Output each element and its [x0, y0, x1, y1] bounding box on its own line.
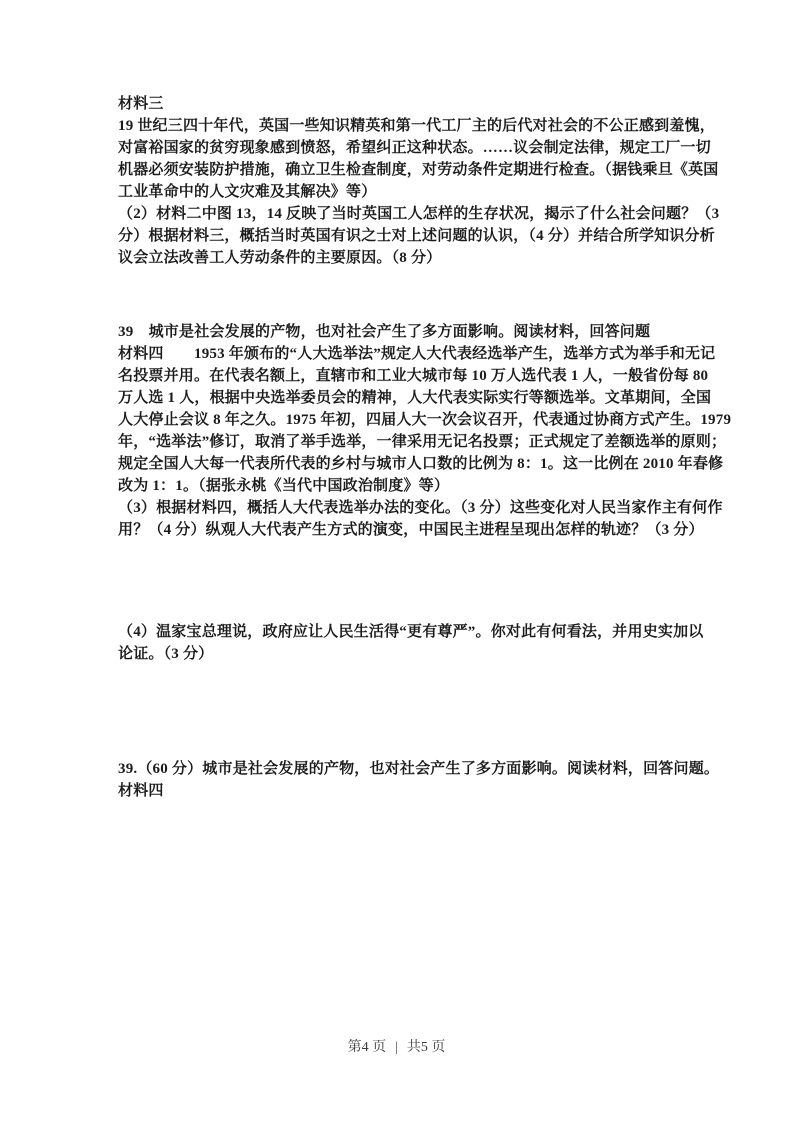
material4-line: 名投票并用。在代表名额上，直辖市和工业大城市每 10 万人选代表 1 人，一般省…: [118, 365, 678, 387]
question-2-line: 议会立法改善工人劳动条件的主要原因。（8 分）: [118, 247, 678, 269]
question-3-line: 用？（4 分）纵观人大代表产生方式的演变，中国民主进程呈现出怎样的轨迹？（3 分…: [118, 519, 678, 541]
question-2-line: 分）根据材料三，概括当时英国有识之士对上述问题的认识，（4 分）并结合所学知识分…: [118, 225, 678, 247]
material4b-heading: 材料四: [118, 780, 678, 802]
text-line: 机器必须安装防护措施，确立卫生检查制度，对劳动条件定期进行检查。（据钱乘旦《英国: [118, 159, 678, 181]
section-question4: （4）温家宝总理说，政府应让人民生活得“更有尊严”。你对此有何看法，并用史实加以…: [118, 621, 678, 665]
text-line: 对富裕国家的贫穷现象感到愤怒，希望纠正这种状态。……议会制定法律，规定工厂一切: [118, 137, 678, 159]
material4-line: 改为 1：1。（据张永桃《当代中国政治制度》等）: [118, 475, 678, 497]
question-3-line: （3）根据材料四，概括人大代表选举办法的变化。（3 分）这些变化对人民当家作主有…: [118, 497, 678, 519]
text-line: 19 世纪三四十年代，英国一些知识精英和第一代工厂主的后代对社会的不公正感到羞愧…: [118, 115, 678, 137]
question-4-line: 论证。（3 分）: [118, 643, 678, 665]
material4-line: 规定全国人大每一代表所代表的乡村与城市人口数的比例为 8：1。这一比例在 201…: [118, 453, 678, 475]
question-4-line: （4）温家宝总理说，政府应让人民生活得“更有尊严”。你对此有何看法，并用史实加以: [118, 621, 678, 643]
question-39b-intro: 39.（60 分）城市是社会发展的产物，也对社会产生了多方面影响。阅读材料，回答…: [118, 758, 678, 780]
question-39-intro: 39 城市是社会发展的产物，也对社会产生了多方面影响。阅读材料，回答问题: [118, 321, 678, 343]
page-number: 第4 页: [348, 1040, 387, 1055]
document-page: 材料三 19 世纪三四十年代，英国一些知识精英和第一代工厂主的后代对社会的不公正…: [0, 0, 793, 1122]
material4-line: 万人选 1 人，根据中央选举委员会的精神，人大代表实际实行等额选举。文革期间，全…: [118, 387, 678, 409]
material3-heading: 材料三: [118, 93, 678, 115]
material4-line: 年，“选举法”修订，取消了举手选举，一律采用无记名投票；正式规定了差额选举的原则…: [118, 431, 678, 453]
section-question39b: 39.（60 分）城市是社会发展的产物，也对社会产生了多方面影响。阅读材料，回答…: [118, 758, 678, 802]
material4-line: 材料四 1953 年颁布的“人大选举法”规定人大代表经选举产生，选举方式为举手和…: [118, 343, 678, 365]
page-total: 共5 页: [407, 1040, 446, 1055]
footer-separator: |: [386, 1040, 407, 1056]
section-question38: 材料三 19 世纪三四十年代，英国一些知识精英和第一代工厂主的后代对社会的不公正…: [118, 93, 678, 269]
page-footer: 第4 页|共5 页: [0, 1036, 793, 1056]
text-line: 工业革命中的人文灾难及其解决》等）: [118, 181, 678, 203]
question-2-line: （2）材料二中图 13，14 反映了当时英国工人怎样的生存状况，揭示了什么社会问…: [118, 203, 678, 225]
material4-line: 人大停止会议 8 年之久。1975 年初，四届人大一次会议召开，代表通过协商方式…: [118, 409, 678, 431]
section-question39: 39 城市是社会发展的产物，也对社会产生了多方面影响。阅读材料，回答问题 材料四…: [118, 321, 678, 541]
